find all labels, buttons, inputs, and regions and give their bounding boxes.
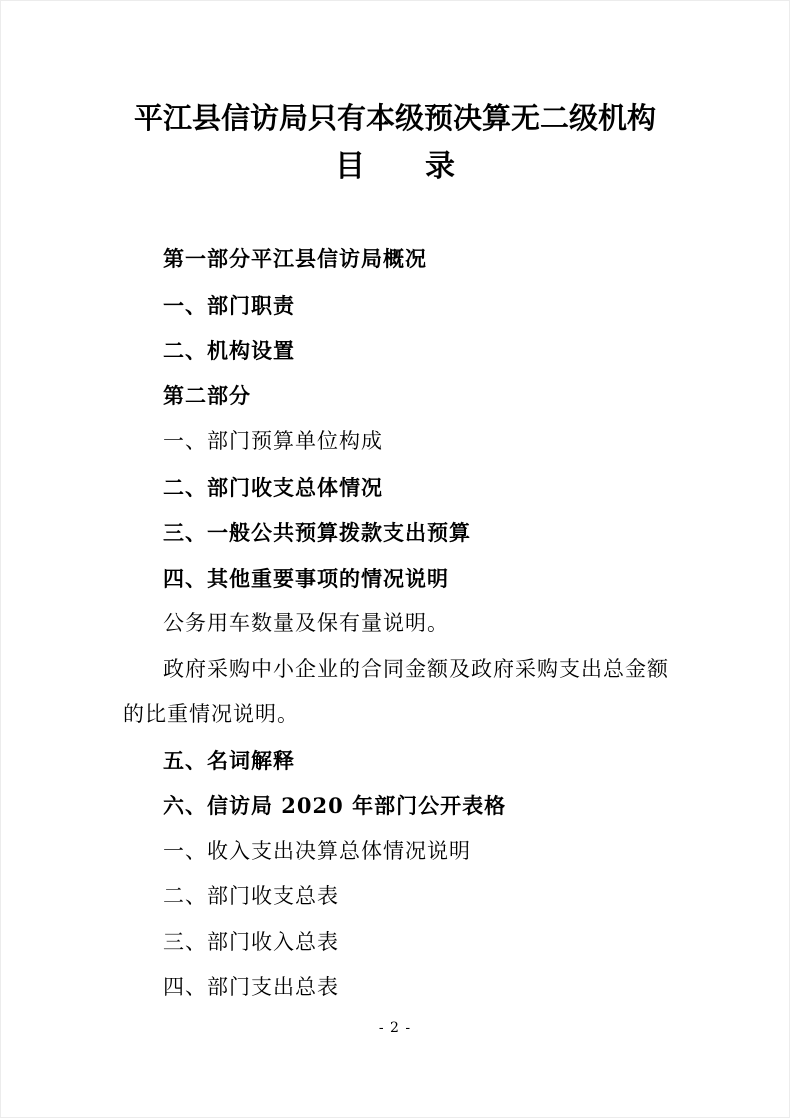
toc-item-general-public-budget-expenditure: 三、一般公共预算拨款支出预算 bbox=[123, 510, 679, 556]
document-title-line1: 平江县信访局只有本级预决算无二级机构 bbox=[1, 95, 789, 141]
table-of-contents: 第一部分平江县信访局概况 一、部门职责 二、机构设置 第二部分 一、部门预算单位… bbox=[123, 237, 679, 1011]
toc-item-department-duties: 一、部门职责 bbox=[123, 283, 679, 329]
toc-heading-part1: 第一部分平江县信访局概况 bbox=[123, 237, 679, 283]
toc-note-government-procurement-line2: 的比重情况说明。 bbox=[123, 692, 679, 738]
toc-item-revenue-expenditure-overview: 二、部门收支总体情况 bbox=[123, 465, 679, 511]
toc-heading-part2: 第二部分 bbox=[123, 374, 679, 420]
page-footer: - 2 - bbox=[1, 1019, 789, 1037]
document-page: 平江县信访局只有本级预决算无二级机构 目 录 第一部分平江县信访局概况 一、部门… bbox=[0, 0, 790, 1118]
toc-subitem-revenue-expenditure-summary-table: 二、部门收支总表 bbox=[123, 874, 679, 920]
toc-item-other-important-matters: 四、其他重要事项的情况说明 bbox=[123, 556, 679, 602]
toc-subitem-expenditure-summary-table: 四、部门支出总表 bbox=[123, 965, 679, 1011]
toc-subitem-revenue-summary-table: 三、部门收入总表 bbox=[123, 920, 679, 966]
toc-note-official-vehicles: 公务用车数量及保有量说明。 bbox=[123, 601, 679, 647]
toc-note-government-procurement-line1: 政府采购中小企业的合同金额及政府采购支出总金额 bbox=[123, 647, 679, 693]
toc-subitem-final-accounts-overview: 一、收入支出决算总体情况说明 bbox=[123, 829, 679, 875]
toc-item-2020-public-tables: 六、信访局 2020 年部门公开表格 bbox=[123, 783, 679, 829]
toc-item-organization-setup: 二、机构设置 bbox=[123, 328, 679, 374]
toc-item-glossary: 五、名词解释 bbox=[123, 738, 679, 784]
document-title-line2: 目 录 bbox=[1, 141, 789, 193]
page-number: - 2 - bbox=[379, 1020, 411, 1036]
document-title: 平江县信访局只有本级预决算无二级机构 目 录 bbox=[1, 95, 789, 193]
toc-item-budget-unit-composition: 一、部门预算单位构成 bbox=[123, 419, 679, 465]
